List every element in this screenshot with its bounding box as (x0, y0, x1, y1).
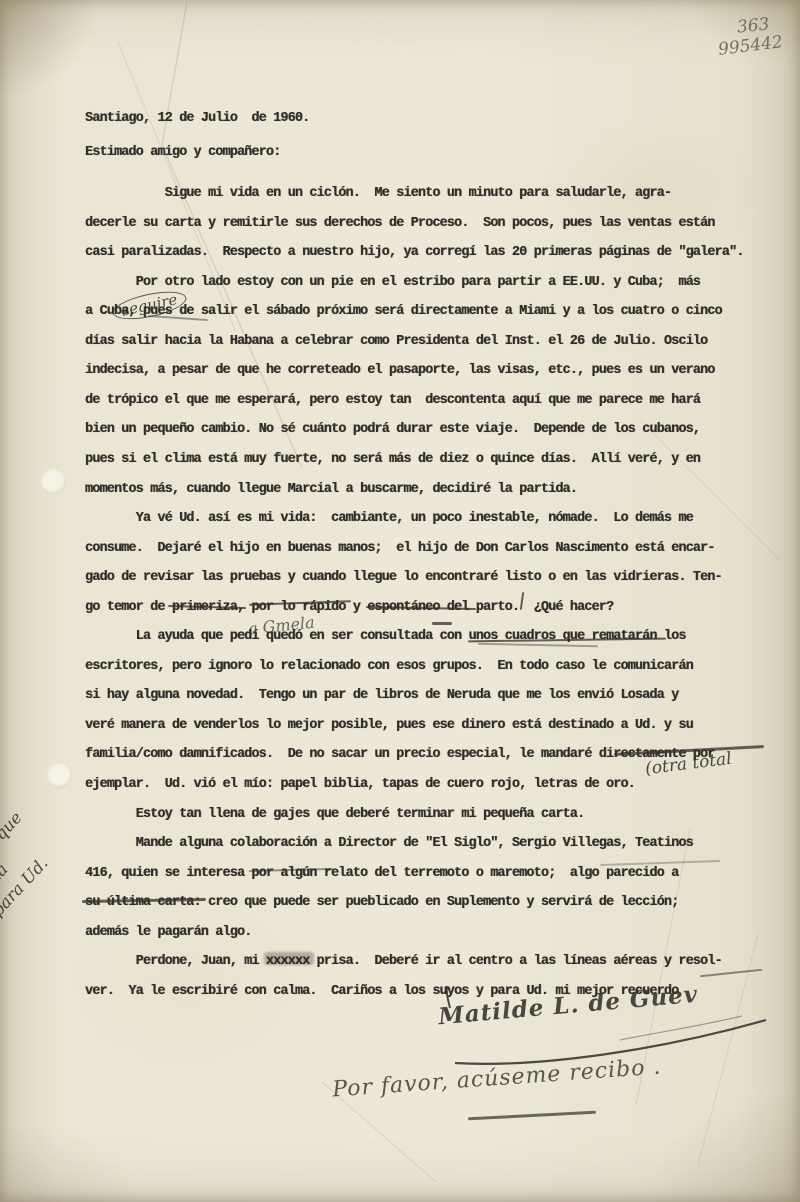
archive-number-bottom: 995442 (717, 32, 784, 60)
punch-hole-top (40, 468, 66, 494)
salutation-line: Estimado amigo y compañero: (85, 138, 775, 168)
typed-line: bien un pequeño cambio. No sé cuánto pod… (85, 415, 775, 445)
typed-line: escritores, pero ignoro lo relacionado c… (85, 652, 775, 682)
typed-line: si hay alguna novedad. Tengo un par de l… (85, 681, 775, 711)
typed-letter-body: Santiago, 12 de Julio de 1960. Estimado … (85, 104, 775, 1006)
typed-line: Mande alguna colaboración a Director de … (85, 829, 775, 859)
typed-line: a Cuba, pues de salir el sábado próximo … (85, 297, 775, 327)
postscript-underline (468, 1111, 596, 1120)
typed-line: 416, quien se interesa por algún relato … (85, 859, 775, 889)
typed-line: Estoy tan llena de gajes que deberé term… (85, 800, 775, 830)
typed-line: gado de revisar las pruebas y cuando lle… (85, 563, 775, 593)
letter-page: 363 995442 Santiago, 12 de Julio de 1960… (0, 0, 800, 1202)
punch-hole-bottom (46, 762, 72, 788)
typed-line: decerle su carta y remitirle sus derecho… (85, 209, 775, 239)
margin-note-left: pueden dejar algo de dinero (poco) que s… (0, 739, 79, 922)
typed-line: consume. Dejaré el hijo en buenas manos;… (85, 534, 775, 564)
typed-line: indecisa, a pesar de que he correteado e… (85, 356, 775, 386)
date-line: Santiago, 12 de Julio de 1960. (85, 104, 775, 134)
typed-line: veré manera de venderlos lo mejor posibl… (85, 711, 775, 741)
typed-line: su última carta: creo que puede ser pueb… (85, 888, 775, 918)
typed-line: Perdone, Juan, mi xxxxxx prisa. Deberé i… (85, 947, 775, 977)
typed-line: Ya vé Ud. así es mi vida: cambiante, un … (85, 504, 775, 534)
typed-line: Sigue mi vida en un ciclón. Me siento un… (85, 179, 775, 209)
typed-line: momentos más, cuando llegue Marcial a bu… (85, 475, 775, 505)
typed-line: La ayuda que pedí quedó en ser consultad… (85, 622, 775, 652)
typed-line: además le pagarán algo. (85, 918, 775, 948)
typed-line: de trópico el que me esperará, pero esto… (85, 386, 775, 416)
typed-line: días salir hacia la Habana a celebrar co… (85, 327, 775, 357)
typed-line: Por otro lado estoy con un pie en el est… (85, 268, 775, 298)
typed-line: go temor de primeriza, por lo rápido y e… (85, 593, 775, 623)
typed-line: pues si el clima está muy fuerte, no ser… (85, 445, 775, 475)
typed-line: casi paralizadas. Respecto a nuestro hij… (85, 238, 775, 268)
postscript-note: Por favor, acúseme recibo . (332, 1055, 663, 1103)
